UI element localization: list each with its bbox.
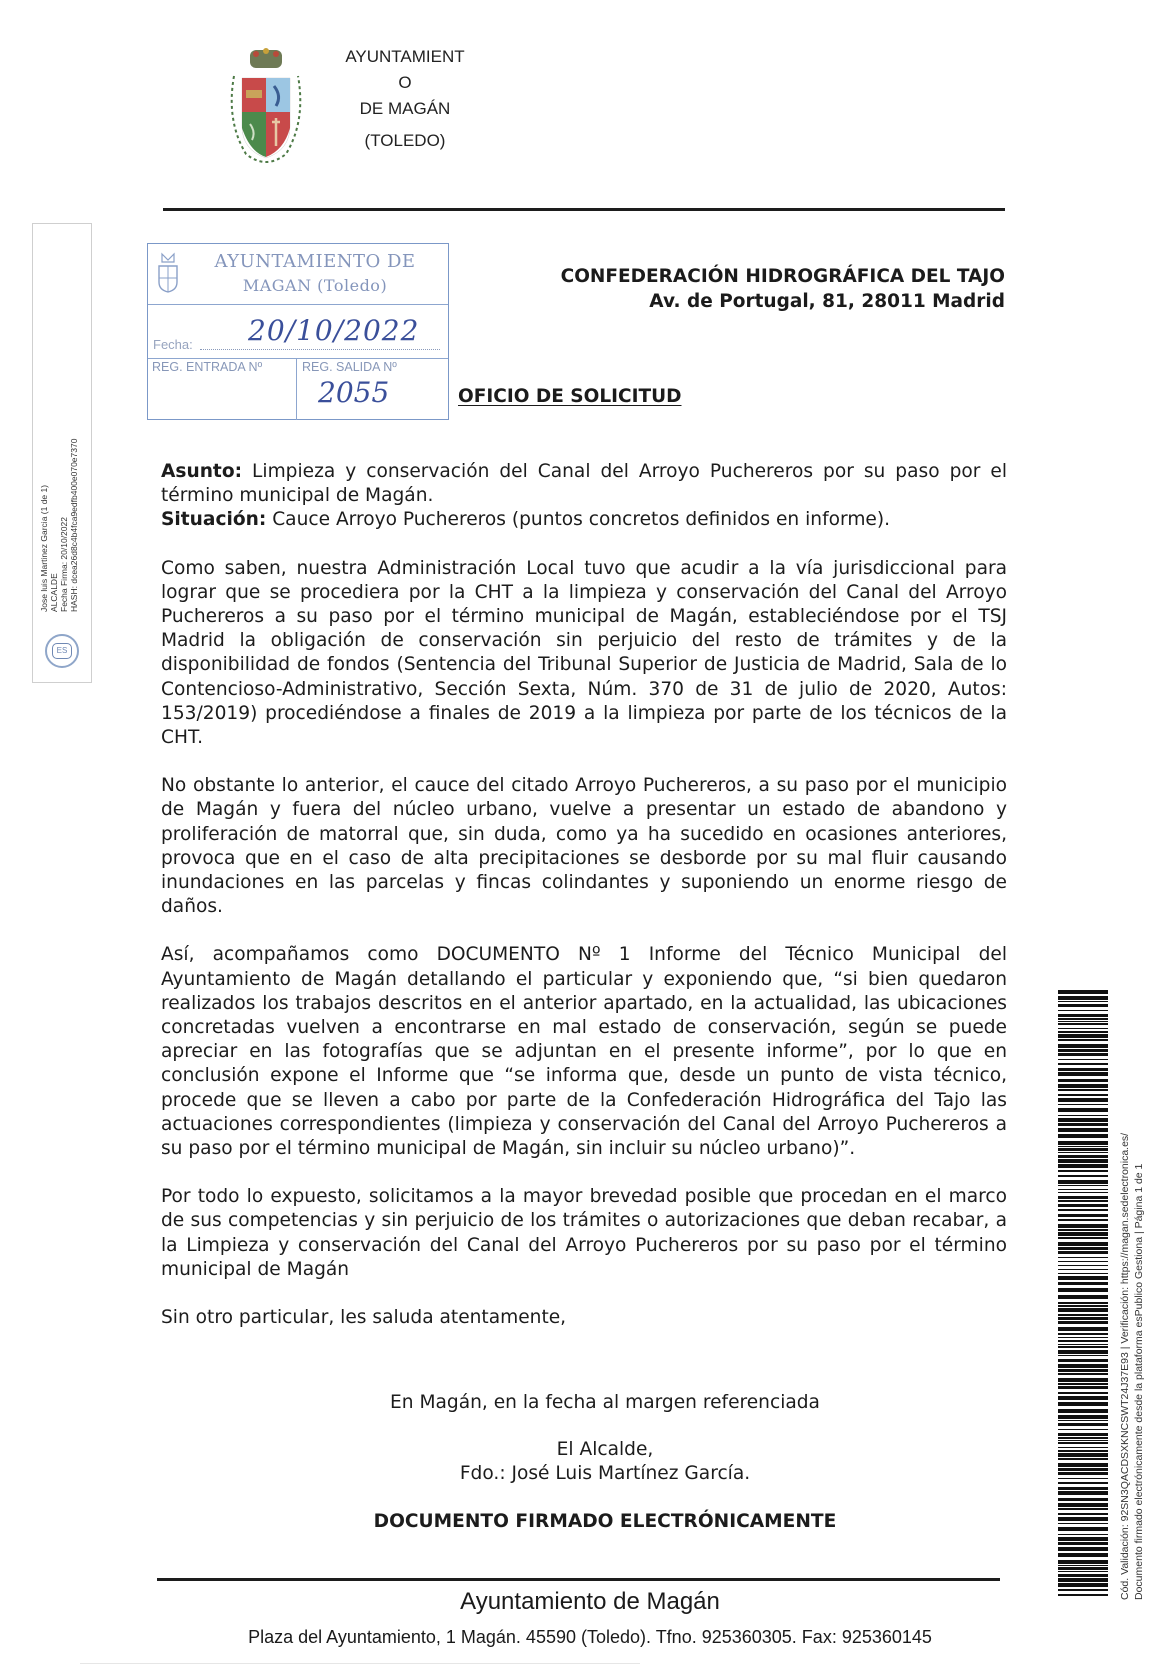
verification-text: Cód. Validación: 92SN3QACDSXKNCSWT24J37E… <box>1112 990 1152 1600</box>
footer-title: Ayuntamiento de Magán <box>0 1585 1170 1619</box>
closing-place-date: En Magán, en la fecha al margen referenc… <box>20 1391 1170 1415</box>
electronic-signature-notice: DOCUMENTO FIRMADO ELECTRÓNICAMENTE <box>20 1510 1170 1534</box>
paragraph-current-state: No obstante lo anterior, el cauce del ci… <box>161 774 1007 919</box>
paragraph-technical-report: Así, acompañamos como DOCUMENTO Nº 1 Inf… <box>161 943 1007 1161</box>
paragraph-request: Por todo lo expuesto, solicitamos a la m… <box>161 1185 1007 1282</box>
issuer-name-line-1: AYUNTAMIENT <box>330 44 480 70</box>
signer-title: El Alcalde, <box>20 1438 1170 1462</box>
issuer-region: (TOLEDO) <box>330 128 480 154</box>
paragraph-background: Como saben, nuestra Administración Local… <box>161 557 1007 751</box>
stamp-exit-register: REG. SALIDA Nº 2055 <box>298 358 448 420</box>
stamp-entry-label: REG. ENTRADA Nº <box>152 360 262 374</box>
subject-text: Limpieza y conservación del Canal del Ar… <box>161 461 1007 506</box>
stamp-entry-register: REG. ENTRADA Nº <box>148 358 297 420</box>
footer-divider <box>157 1578 1000 1581</box>
subject-label: Asunto: <box>161 461 242 482</box>
footer-address: Plaza del Ayuntamiento, 1 Magán. 45590 (… <box>0 1624 1170 1650</box>
addressee-name: CONFEDERACIÓN HIDROGRÁFICA DEL TAJO <box>561 264 1005 289</box>
situation-line: Situación: Cauce Arroyo Puchereros (punt… <box>161 508 1007 532</box>
addressee-address: Av. de Portugal, 81, 28011 Madrid <box>561 289 1005 314</box>
closing-signature: El Alcalde, Fdo.: José Luis Martínez Gar… <box>20 1438 1170 1486</box>
signer-name: Jose luis Martinez Garcia (1 de 1) <box>39 252 49 612</box>
registry-stamp: AYUNTAMIENTO DE MAGAN (Toledo) Fecha: 20… <box>147 243 449 420</box>
situation-text: Cauce Arroyo Puchereros (puntos concreto… <box>272 509 890 530</box>
validation-code: Cód. Validación: 92SN3QACDSXKNCSWT24J37E… <box>1118 990 1132 1600</box>
issuer-name-line-2: O <box>330 70 480 96</box>
situation-label: Situación: <box>161 509 266 530</box>
signer-role: ALCALDE <box>49 252 59 612</box>
signature-date: Fecha Firma: 20/10/2022 <box>59 252 69 612</box>
stamp-date-label: Fecha: <box>153 337 193 352</box>
letter-body: Asunto: Limpieza y conservación del Cana… <box>161 460 1007 1354</box>
signature-margin-strip: Jose luis Martinez Garcia (1 de 1) ALCAL… <box>32 223 92 683</box>
barcode-icon <box>1058 990 1110 1600</box>
signature-hash: HASH: dcea26d8c4b4fca9edfb400e070e7370 <box>69 252 79 612</box>
stamp-exit-label: REG. SALIDA Nº <box>302 360 397 374</box>
document-title: OFICIO DE SOLICITUD <box>458 386 682 407</box>
signer-full-name: Fdo.: José Luis Martínez García. <box>20 1462 1170 1486</box>
signature-details: Jose luis Martinez Garcia (1 de 1) ALCAL… <box>39 252 79 612</box>
stamp-date-value: 20/10/2022 <box>248 314 419 347</box>
subject-line: Asunto: Limpieza y conservación del Cana… <box>161 460 1007 508</box>
header-divider <box>163 208 1005 211</box>
stamp-name-line-2: MAGAN (Toledo) <box>184 274 446 298</box>
stamp-exit-value: 2055 <box>318 376 389 409</box>
scan-artifact-line <box>80 1663 640 1664</box>
paragraph-salutation: Sin otro particular, les saluda atentame… <box>161 1306 1007 1330</box>
issuer-name-line-3: DE MAGÁN <box>330 96 480 122</box>
esPublico-seal-icon: ES <box>45 634 79 668</box>
issuer-heading: AYUNTAMIENT O DE MAGÁN (TOLEDO) <box>330 44 480 154</box>
stamp-date-dotted-line <box>200 349 440 350</box>
coat-of-arms-icon <box>226 46 306 170</box>
stamp-crest-icon <box>156 252 180 294</box>
addressee-block: CONFEDERACIÓN HIDROGRÁFICA DEL TAJO Av. … <box>561 264 1005 314</box>
platform-notice: Documento firmado electrónicamente desde… <box>1132 990 1146 1600</box>
stamp-name-line-1: AYUNTAMIENTO DE <box>184 250 446 274</box>
